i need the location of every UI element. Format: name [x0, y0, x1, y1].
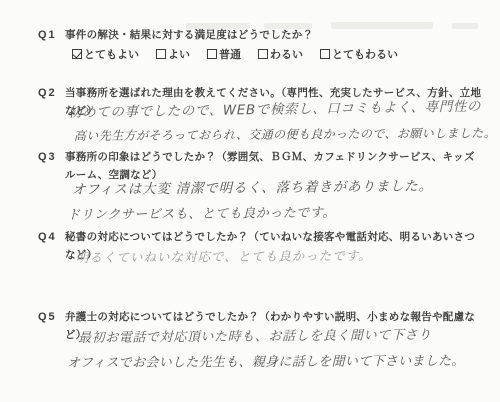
checkbox-icon — [207, 49, 217, 59]
option-futsuu: 普通 — [207, 46, 241, 62]
handwritten-answer-line: ドリンクサービスも、とても良かったです。 — [67, 202, 336, 223]
question-q1: Q1 事件の解決・結果に対する満足度はどうでしたか？ — [38, 26, 482, 45]
question-number: Q2 — [38, 84, 65, 103]
question-number: Q4 — [38, 228, 65, 247]
checkbox-checked-icon — [72, 49, 82, 59]
option-totemo-yoi: とてもよい — [72, 46, 139, 62]
question-number: Q5 — [38, 308, 65, 327]
handwritten-answer-line: オフィスでお会いした先生も、親身に話しを聞いて下さいました。 — [67, 350, 465, 371]
option-totemo-warui: とてもわるい — [320, 46, 398, 62]
handwritten-answer-line: 最初お電話で対応頂いた時も、お話しを良く聞いて下さり — [78, 324, 432, 346]
checkbox-icon — [320, 49, 330, 59]
handwritten-answer-line: オフィスは大変 清潔で明るく、落ち着きがありました。 — [72, 174, 433, 198]
option-label: とてもわるい — [332, 46, 398, 62]
handwritten-answer-line: 高い先生方がそろっておられ、交通の便も良かったので、お願いしました。 — [74, 124, 496, 144]
option-yoi: よい — [156, 46, 190, 62]
checkbox-icon — [258, 49, 268, 59]
q1-options-row: とてもよい よい 普通 わるい とてもわるい — [72, 46, 398, 62]
question-text: 事件の解決・結果に対する満足度はどうでしたか？ — [65, 26, 482, 44]
question-number: Q3 — [38, 148, 65, 167]
check-icon — [73, 48, 83, 58]
question-number: Q1 — [38, 26, 65, 45]
option-label: 普通 — [219, 46, 241, 62]
handwritten-answer-line: 明るくていねいな対応で、とても良かったです。 — [76, 246, 372, 266]
option-label: とてもよい — [84, 46, 139, 62]
option-label: わるい — [270, 46, 303, 62]
option-warui: わるい — [258, 46, 303, 62]
survey-scan-page: Q1 事件の解決・結果に対する満足度はどうでしたか？ とてもよい よい 普通 わ… — [0, 0, 500, 402]
option-label: よい — [168, 46, 190, 62]
checkbox-icon — [156, 49, 166, 59]
